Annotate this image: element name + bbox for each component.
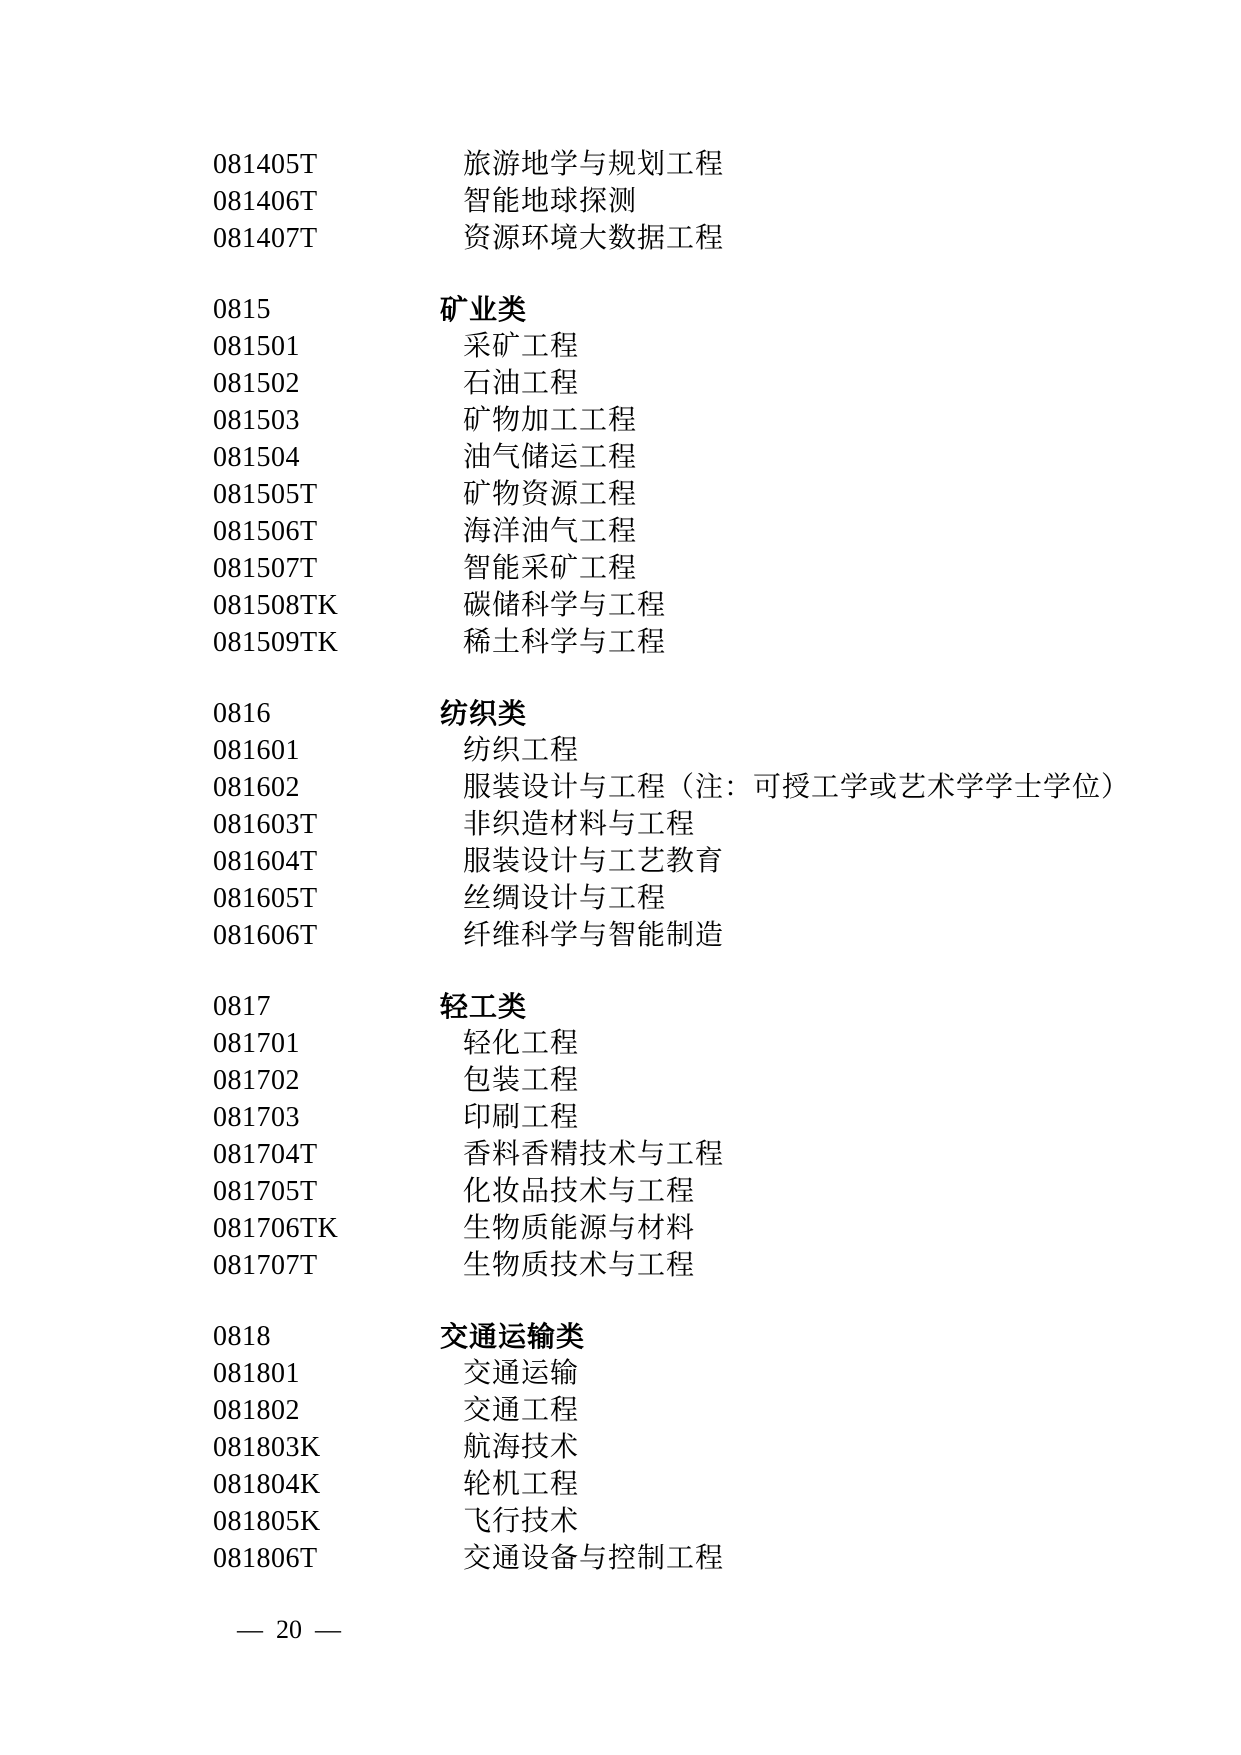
major-name: 服装设计与工艺教育 bbox=[463, 843, 724, 880]
major-code: 081606T bbox=[213, 917, 463, 954]
category-name: 轻工类 bbox=[440, 988, 527, 1025]
major-code: 081501 bbox=[213, 328, 463, 365]
major-code: 081805K bbox=[213, 1503, 463, 1540]
major-name: 生物质能源与材料 bbox=[463, 1210, 695, 1247]
category-name: 纺织类 bbox=[440, 695, 527, 732]
major-name: 生物质技术与工程 bbox=[463, 1247, 695, 1284]
major-row: 081603T非织造材料与工程 bbox=[0, 806, 1241, 843]
major-name: 化妆品技术与工程 bbox=[463, 1173, 695, 1210]
major-name: 非织造材料与工程 bbox=[463, 806, 695, 843]
major-row: 081806T交通设备与控制工程 bbox=[0, 1540, 1241, 1577]
major-code: 081803K bbox=[213, 1429, 463, 1466]
major-row: 081405T旅游地学与规划工程 bbox=[0, 146, 1241, 183]
major-name: 交通工程 bbox=[463, 1392, 579, 1429]
major-code: 081704T bbox=[213, 1136, 463, 1173]
category-code: 0816 bbox=[213, 695, 440, 732]
major-code: 081806T bbox=[213, 1540, 463, 1577]
major-row: 081803K航海技术 bbox=[0, 1429, 1241, 1466]
major-code: 081702 bbox=[213, 1062, 463, 1099]
major-code: 081605T bbox=[213, 880, 463, 917]
major-row: 081704T香料香精技术与工程 bbox=[0, 1136, 1241, 1173]
category-code: 0815 bbox=[213, 291, 440, 328]
major-row: 081502石油工程 bbox=[0, 365, 1241, 402]
major-name: 飞行技术 bbox=[463, 1503, 579, 1540]
major-code: 081406T bbox=[213, 183, 463, 220]
major-code: 081703 bbox=[213, 1099, 463, 1136]
footer-left-dash: — bbox=[237, 1615, 263, 1645]
major-row: 081702包装工程 bbox=[0, 1062, 1241, 1099]
major-row: 081606T纤维科学与智能制造 bbox=[0, 917, 1241, 954]
major-row: 081601纺织工程 bbox=[0, 732, 1241, 769]
major-name: 稀土科学与工程 bbox=[463, 624, 666, 661]
major-code: 081508TK bbox=[213, 587, 463, 624]
major-name: 纤维科学与智能制造 bbox=[463, 917, 724, 954]
major-code: 081507T bbox=[213, 550, 463, 587]
major-name: 交通运输 bbox=[463, 1355, 579, 1392]
major-name: 智能采矿工程 bbox=[463, 550, 637, 587]
major-code: 081707T bbox=[213, 1247, 463, 1284]
major-name: 纺织工程 bbox=[463, 732, 579, 769]
major-name: 资源环境大数据工程 bbox=[463, 220, 724, 257]
major-row: 081509TK稀土科学与工程 bbox=[0, 624, 1241, 661]
major-name: 航海技术 bbox=[463, 1429, 579, 1466]
major-row: 081503矿物加工工程 bbox=[0, 402, 1241, 439]
major-row: 081508TK碳储科学与工程 bbox=[0, 587, 1241, 624]
major-name: 轻化工程 bbox=[463, 1025, 579, 1062]
major-code: 081604T bbox=[213, 843, 463, 880]
major-row: 081705T化妆品技术与工程 bbox=[0, 1173, 1241, 1210]
major-name: 轮机工程 bbox=[463, 1466, 579, 1503]
major-row: 081602服装设计与工程（注：可授工学或艺术学学士学位） bbox=[0, 769, 1241, 806]
major-name: 交通设备与控制工程 bbox=[463, 1540, 724, 1577]
page-number: 20 bbox=[276, 1615, 302, 1645]
category-header-row: 0816纺织类 bbox=[0, 695, 1241, 732]
page-footer: — 20 — bbox=[237, 1615, 341, 1645]
major-row: 081703印刷工程 bbox=[0, 1099, 1241, 1136]
major-name: 碳储科学与工程 bbox=[463, 587, 666, 624]
major-code-list: 081405T旅游地学与规划工程081406T智能地球探测081407T资源环境… bbox=[0, 146, 1241, 1577]
major-row: 081802交通工程 bbox=[0, 1392, 1241, 1429]
major-row: 081406T智能地球探测 bbox=[0, 183, 1241, 220]
major-name: 矿物资源工程 bbox=[463, 476, 637, 513]
category-header-row: 0815矿业类 bbox=[0, 291, 1241, 328]
major-row: 081707T生物质技术与工程 bbox=[0, 1247, 1241, 1284]
major-name: 采矿工程 bbox=[463, 328, 579, 365]
major-code: 081602 bbox=[213, 769, 463, 806]
major-code: 081701 bbox=[213, 1025, 463, 1062]
major-code: 081405T bbox=[213, 146, 463, 183]
major-name: 香料香精技术与工程 bbox=[463, 1136, 724, 1173]
major-code: 081804K bbox=[213, 1466, 463, 1503]
major-row: 081506T海洋油气工程 bbox=[0, 513, 1241, 550]
major-row: 081507T智能采矿工程 bbox=[0, 550, 1241, 587]
major-name: 印刷工程 bbox=[463, 1099, 579, 1136]
major-code: 081801 bbox=[213, 1355, 463, 1392]
category-name: 矿业类 bbox=[440, 291, 527, 328]
category-name: 交通运输类 bbox=[440, 1318, 585, 1355]
major-row: 081501采矿工程 bbox=[0, 328, 1241, 365]
major-name: 矿物加工工程 bbox=[463, 402, 637, 439]
major-code: 081504 bbox=[213, 439, 463, 476]
category-header-row: 0817轻工类 bbox=[0, 988, 1241, 1025]
major-name: 石油工程 bbox=[463, 365, 579, 402]
major-row: 081504油气储运工程 bbox=[0, 439, 1241, 476]
major-code: 081407T bbox=[213, 220, 463, 257]
major-row: 081701轻化工程 bbox=[0, 1025, 1241, 1062]
major-row: 081505T矿物资源工程 bbox=[0, 476, 1241, 513]
major-row: 081804K轮机工程 bbox=[0, 1466, 1241, 1503]
major-name: 智能地球探测 bbox=[463, 183, 637, 220]
major-code: 081506T bbox=[213, 513, 463, 550]
major-row: 081706TK生物质能源与材料 bbox=[0, 1210, 1241, 1247]
footer-right-dash: — bbox=[315, 1615, 341, 1645]
major-code: 081603T bbox=[213, 806, 463, 843]
major-name: 油气储运工程 bbox=[463, 439, 637, 476]
major-code: 081509TK bbox=[213, 624, 463, 661]
major-name: 包装工程 bbox=[463, 1062, 579, 1099]
major-row: 081407T资源环境大数据工程 bbox=[0, 220, 1241, 257]
category-code: 0818 bbox=[213, 1318, 440, 1355]
major-code: 081802 bbox=[213, 1392, 463, 1429]
major-row: 081605T丝绸设计与工程 bbox=[0, 880, 1241, 917]
major-row: 081604T服装设计与工艺教育 bbox=[0, 843, 1241, 880]
major-code: 081601 bbox=[213, 732, 463, 769]
major-code: 081503 bbox=[213, 402, 463, 439]
major-code: 081705T bbox=[213, 1173, 463, 1210]
major-row: 081801交通运输 bbox=[0, 1355, 1241, 1392]
major-name: 海洋油气工程 bbox=[463, 513, 637, 550]
major-code: 081502 bbox=[213, 365, 463, 402]
category-code: 0817 bbox=[213, 988, 440, 1025]
major-name: 服装设计与工程（注：可授工学或艺术学学士学位） bbox=[463, 769, 1130, 806]
major-row: 081805K飞行技术 bbox=[0, 1503, 1241, 1540]
category-header-row: 0818交通运输类 bbox=[0, 1318, 1241, 1355]
major-code: 081706TK bbox=[213, 1210, 463, 1247]
major-name: 丝绸设计与工程 bbox=[463, 880, 666, 917]
major-code: 081505T bbox=[213, 476, 463, 513]
document-page: 081405T旅游地学与规划工程081406T智能地球探测081407T资源环境… bbox=[0, 0, 1241, 1755]
major-name: 旅游地学与规划工程 bbox=[463, 146, 724, 183]
